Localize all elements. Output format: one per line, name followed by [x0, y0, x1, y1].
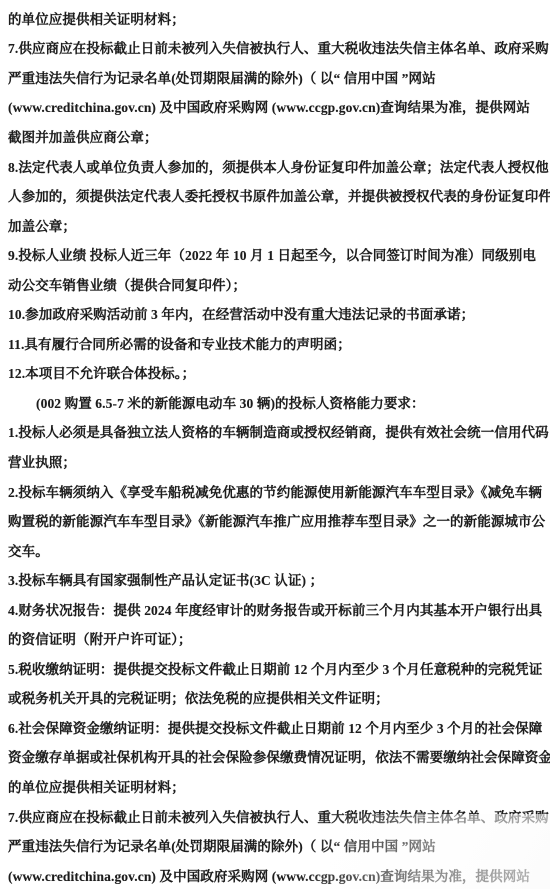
document-line: 营业执照；	[8, 446, 546, 476]
document-line: 8.法定代表人或单位负责人参加的，须提供本人身份证复印件加盖公章；法定代表人授权…	[8, 151, 546, 181]
document-line: 12.本项目不允许联合体投标。；	[8, 358, 546, 388]
document-line: 严重违法失信行为记录名单(处罚期限届满的除外)（ 以“ 信用中国 ”网站	[8, 830, 546, 860]
document-lines: 的单位应提供相关证明材料；7.供应商应在投标截止日前未被列入失信被执行人、重大税…	[8, 3, 546, 889]
document-line: 或税务机关开具的完税证明；依法免税的应提供相关文件证明；	[8, 683, 546, 713]
document-line: 6.社会保障资金缴纳证明：提供提交投标文件截止日期前 12 个月内至少 3 个月…	[8, 712, 546, 742]
document-line: 严重违法失信行为记录名单(处罚期限届满的除外)（ 以“ 信用中国 ”网站	[8, 62, 546, 92]
document-line: 购置税的新能源汽车车型目录》《新能源汽车推广应用推荐车型目录》之一的新能源城市公	[8, 505, 546, 535]
document-line: 3.投标车辆具有国家强制性产品认定证书(3C 认证) ；	[8, 564, 546, 594]
document-line: 的单位应提供相关证明材料；	[8, 3, 546, 33]
document-line: 4.财务状况报告：提供 2024 年度经审计的财务报告或开标前三个月内其基本开户…	[8, 594, 546, 624]
document-line: 截图并加盖供应商公章；	[8, 121, 546, 151]
document-line: 加盖公章；	[8, 210, 546, 240]
document-line: 2.投标车辆须纳入《享受车船税减免优惠的节约能源使用新能源汽车车型目录》《减免车…	[8, 476, 546, 506]
document-line: 人参加的，须提供法定代表人委托授权书原件加盖公章，并提供被授权代表的身份证复印件	[8, 180, 546, 210]
document-line: 交车。	[8, 535, 546, 565]
document-line: 11.具有履行合同所必需的设备和专业技术能力的声明函；	[8, 328, 546, 358]
document-line: 9.投标人业绩 投标人近三年（2022 年 10 月 1 日起至今，以合同签订时…	[8, 239, 546, 269]
document-page: 的单位应提供相关证明材料；7.供应商应在投标截止日前未被列入失信被执行人、重大税…	[0, 0, 550, 889]
document-line: 7.供应商应在投标截止日前未被列入失信被执行人、重大税收违法失信主体名单、政府采…	[8, 801, 546, 831]
document-line: (www.creditchina.gov.cn) 及中国政府采购网 (www.c…	[8, 92, 546, 122]
document-line: 动公交车销售业绩（提供合同复印件）；	[8, 269, 546, 299]
document-line: 1.投标人必须是具备独立法人资格的车辆制造商或授权经销商，提供有效社会统一信用代…	[8, 417, 546, 447]
document-line: (www.creditchina.gov.cn) 及中国政府采购网 (www.c…	[8, 860, 546, 889]
document-line: (002 购置 6.5-7 米的新能源电动车 30 辆)的投标人资格能力要求：	[8, 387, 546, 417]
document-line: 5.税收缴纳证明：提供提交投标文件截止日期前 12 个月内至少 3 个月任意税种…	[8, 653, 546, 683]
document-line: 的资信证明（附开户许可证）；	[8, 623, 546, 653]
document-line: 的单位应提供相关证明材料；	[8, 771, 546, 801]
document-line: 资金缴存单据或社保机构开具的社会保险参保缴费情况证明，依法不需要缴纳社会保障资金	[8, 742, 546, 772]
document-line: 7.供应商应在投标截止日前未被列入失信被执行人、重大税收违法失信主体名单、政府采…	[8, 33, 546, 63]
document-line: 10.参加政府采购活动前 3 年内，在经营活动中没有重大违法记录的书面承诺；	[8, 298, 546, 328]
